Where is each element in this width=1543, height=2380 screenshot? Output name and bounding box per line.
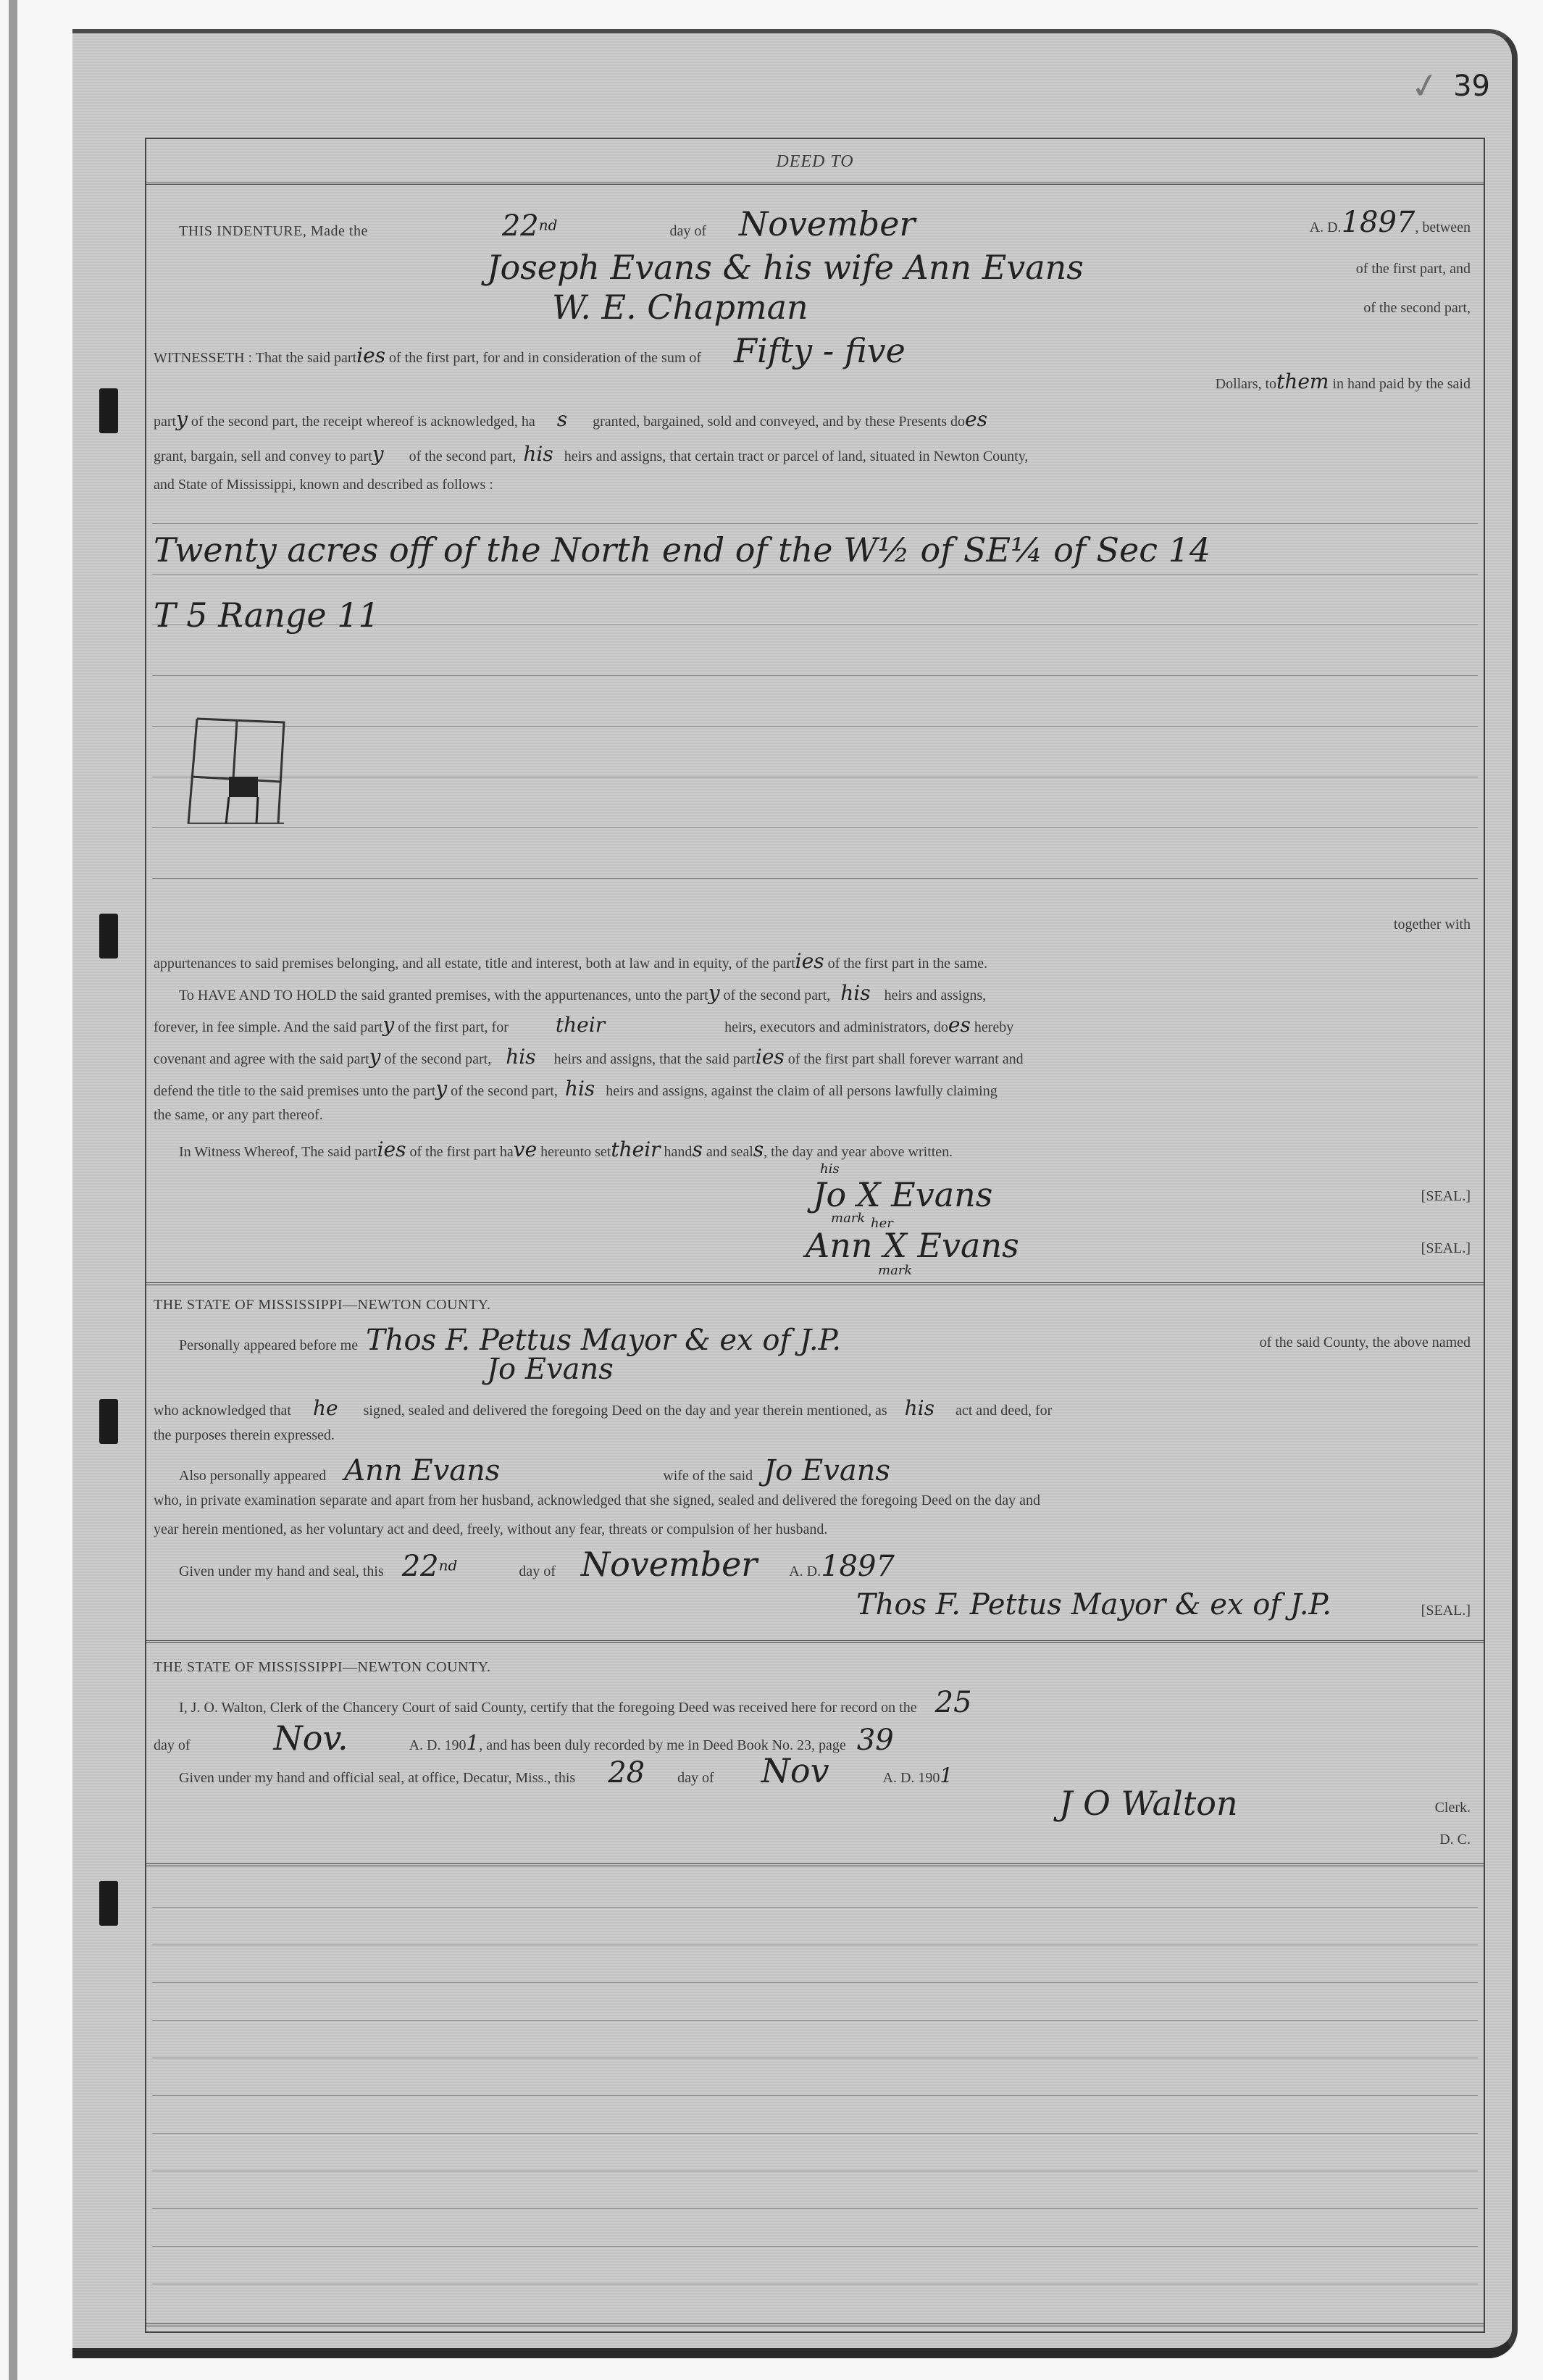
ruled-line: [152, 878, 1478, 879]
defend-line: defend the title to the said premises un…: [154, 1077, 998, 1101]
ruled-line: [152, 574, 1478, 575]
private-exam-line-2: year herein mentioned, as her voluntary …: [154, 1521, 827, 1538]
ruled-line: [152, 1945, 1478, 1945]
together-with: together with: [1394, 916, 1471, 933]
receipt-line: party of the second part, the receipt wh…: [154, 407, 987, 431]
ruled-line: [152, 2133, 1478, 2134]
appeared-suffix: of the said County, the above named: [1260, 1335, 1471, 1351]
ruled-line: [152, 2171, 1478, 2171]
dc-label: D. C.: [1439, 1832, 1471, 1848]
grantor-signature: Jo X Evans: [813, 1175, 992, 1214]
appurtenances-line: appurtenances to said premises belonging…: [154, 949, 987, 973]
signature-mark-label: mark: [831, 1210, 865, 1227]
check-mark-icon: ✓: [1407, 64, 1442, 109]
seal-label: [SEAL.]: [1421, 1240, 1471, 1257]
plat-sketch-icon: [183, 715, 291, 824]
ruled-line: [152, 2020, 1478, 2021]
indenture-line: THIS INDENTURE, Made the 22nd day of Nov…: [179, 204, 915, 243]
official-seal-line: Given under my hand and official seal, a…: [179, 1751, 953, 1790]
first-party-label: of the first part, and: [1356, 261, 1471, 277]
ruled-line: [152, 2095, 1478, 2096]
section-divider: [146, 1640, 1484, 1643]
indenture-day: 22: [502, 209, 539, 243]
clerk-signature: J O Walton: [1059, 1784, 1238, 1823]
ruled-line: [152, 827, 1478, 828]
land-description-2: T 5 Range 11: [154, 596, 380, 635]
ledger-page: ✓ 39 DEED TO THIS INDENTURE, Made the 22…: [72, 29, 1518, 2358]
purposes-line: the purposes therein expressed.: [154, 1427, 335, 1444]
covenant-line: covenant and agree with the said party o…: [154, 1045, 1024, 1069]
indenture-year: 1897: [1342, 206, 1416, 239]
ruled-line: [152, 2058, 1478, 2058]
deed-header: DEED TO: [146, 139, 1484, 185]
received-day: 25: [935, 1686, 972, 1719]
ruled-line: [152, 1982, 1478, 1983]
ruled-line: [152, 1907, 1478, 1908]
page-number: 39: [1453, 70, 1490, 103]
fee-simple-line: forever, in fee simple. And the said par…: [154, 1013, 1013, 1037]
indenture-year-line: A. D.1897, between: [1310, 206, 1471, 239]
witness-whereof-line: In Witness Whereof, The said parties of …: [179, 1137, 953, 1161]
binding-hole-icon: [99, 1399, 118, 1444]
ruled-line: [152, 523, 1478, 524]
same-line: the same, or any part thereof.: [154, 1107, 323, 1124]
wife-name: Ann Evans: [344, 1454, 500, 1487]
witnesseth-line: WITNESSETH : That the said parties of th…: [154, 331, 906, 370]
land-description-1: Twenty acres off of the North end of the…: [154, 530, 1210, 569]
ruled-line: [152, 726, 1478, 727]
ruled-line: [152, 777, 1478, 777]
consideration-sum: Fifty - five: [734, 331, 906, 370]
seal-label: [SEAL.]: [1421, 1603, 1471, 1619]
ruled-line: [152, 2208, 1478, 2209]
ruled-line: [152, 2284, 1478, 2284]
dollars-line: Dollars, tothem in hand paid by the said: [1216, 369, 1471, 393]
second-party: W. E. Chapman: [552, 288, 808, 327]
certify-line: I, J. O. Walton, Clerk of the Chancery C…: [179, 1686, 972, 1719]
second-party-label: of the second part,: [1363, 300, 1471, 317]
form-bottom-border: [146, 2323, 1484, 2326]
binding-hole-icon: [99, 914, 118, 959]
habendum-line: To HAVE AND TO HOLD the said granted pre…: [179, 981, 986, 1005]
private-exam-line-1: who, in private examination separate and…: [154, 1492, 1040, 1509]
grantor-name: Jo Evans: [487, 1353, 614, 1386]
acknowledged-line: who acknowledged thathe signed, sealed a…: [154, 1396, 1052, 1420]
also-appeared-line: Also personally appeared Ann Evans wife …: [179, 1454, 890, 1487]
follows-line: and State of Mississippi, known and desc…: [154, 477, 493, 493]
scan-edge: [9, 0, 17, 2380]
indenture-month: November: [739, 204, 915, 243]
clerk-label: Clerk.: [1435, 1800, 1471, 1816]
given-line: Given under my hand and seal, this 22nd …: [179, 1545, 895, 1584]
grantor-wife-signature: Ann X Evans: [806, 1226, 1019, 1265]
husband-name: Jo Evans: [764, 1454, 890, 1487]
convey-line: grant, bargain, sell and convey to party…: [154, 442, 1028, 466]
officer-signature: Thos F. Pettus Mayor & ex of J.P.: [856, 1588, 1331, 1621]
binding-hole-icon: [99, 388, 118, 433]
ruled-line: [152, 675, 1478, 676]
acknowledgment-heading: THE STATE OF MISSISSIPPI—NEWTON COUNTY.: [154, 1297, 491, 1314]
first-party: Joseph Evans & his wife Ann Evans: [487, 248, 1084, 287]
section-divider: [146, 1282, 1484, 1285]
deed-form: DEED TO THIS INDENTURE, Made the 22nd da…: [145, 138, 1485, 2333]
signature-mark-label: mark: [878, 1262, 912, 1279]
recording-heading: THE STATE OF MISSISSIPPI—NEWTON COUNTY.: [154, 1659, 491, 1676]
binding-hole-icon: [99, 1881, 118, 1926]
seal-label: [SEAL.]: [1421, 1188, 1471, 1205]
ruled-line: [152, 2246, 1478, 2247]
deed-heading: DEED TO: [146, 152, 1484, 172]
section-divider: [146, 1863, 1484, 1866]
